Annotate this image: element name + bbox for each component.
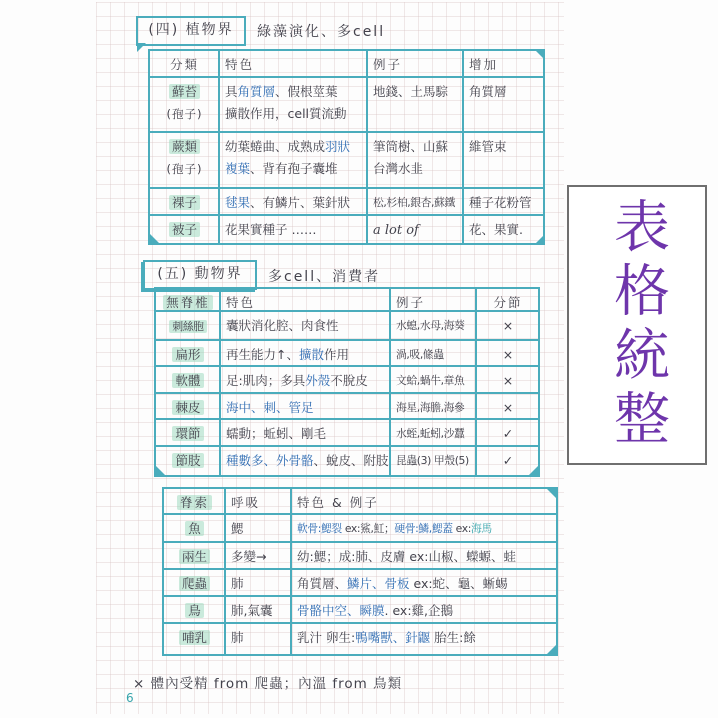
text-segment: ex:蛇、龜、蜥蜴 bbox=[410, 576, 508, 591]
plant-r2-examples: 松,杉柏,銀杏,蘇鐵 bbox=[368, 189, 464, 216]
animal-section-title: (五) 動物界 bbox=[143, 260, 257, 290]
text-segment: . ex:雞,企鵝 bbox=[385, 603, 454, 618]
plant-r0-feature: 具角質層、假根莖葉擴散作用，cell質流動 bbox=[220, 78, 368, 133]
invert-header-group-text: 無脊椎 bbox=[163, 295, 213, 310]
chordate-r4-label-text: 哺乳 bbox=[179, 630, 210, 645]
text-segment: 、背有孢子囊堆 bbox=[250, 161, 338, 176]
invert-r4-examples: 水蛭,蚯蚓,沙蠶 bbox=[391, 420, 477, 447]
text-segment: 筆筒樹、山蘇 bbox=[373, 139, 448, 154]
chordate-r4-detail: 乳汁 卵生:鴨嘴獸、針鼴 胎生:餘 bbox=[292, 624, 556, 654]
chordate-r0-label-text: 魚 bbox=[185, 521, 204, 536]
invert-r4-segmented: ✓ bbox=[477, 420, 538, 447]
invert-r1-label-text: 扁形 bbox=[172, 347, 203, 362]
chordate-r2-detail: 角質層、鱗片、骨板 ex:蛇、龜、蜥蜴 bbox=[292, 570, 556, 597]
text-segment: 外殼 bbox=[305, 373, 330, 388]
invert-r2-feature: 足:肌肉；多具外殼不脫皮 bbox=[221, 367, 391, 394]
invert-r0-label-text: 刺絲胞 bbox=[169, 320, 206, 333]
invert-r5-examples: 昆蟲(3) 甲殼(5) bbox=[391, 447, 477, 475]
plant-header-feature: 特色 bbox=[220, 51, 368, 78]
plant-r0-sublabel: (孢子) bbox=[167, 107, 203, 121]
text-segment: 軟骨:鰓裂 bbox=[297, 522, 342, 535]
plant-header-examples: 例子 bbox=[368, 51, 464, 78]
plant-r0-examples: 地錢、土馬騌 bbox=[368, 78, 464, 133]
text-segment: 羽狀 bbox=[325, 139, 350, 154]
invert-r4-label: 環節 bbox=[156, 420, 221, 447]
text-segment: 不脫皮 bbox=[330, 373, 368, 388]
text-segment: 囊狀消化腔、肉食性 bbox=[226, 318, 339, 333]
chordate-r1-detail: 幼:鰓；成:肺、皮膚 ex:山椒、蠑螈、蛙 bbox=[292, 543, 556, 570]
plant-r3-label-text: 被子 bbox=[169, 222, 200, 237]
chordate-r3-label: 鳥 bbox=[164, 597, 226, 624]
text-segment: 蠕動；蚯蚓、剛毛 bbox=[226, 426, 326, 441]
chordate-table: 脊索 呼吸 特色 & 例子 魚 鰓 軟骨:鰓裂 ex:鯊,魟；硬骨:鱗,鰓蓋 e… bbox=[162, 487, 558, 656]
text-segment: 地錢、土馬騌 bbox=[373, 84, 448, 99]
text-segment: 種數多、外骨骼 bbox=[226, 453, 314, 468]
text-segment: 複葉 bbox=[225, 161, 250, 176]
text-segment: ex: bbox=[453, 522, 471, 535]
chordate-r1-label: 兩生 bbox=[164, 543, 226, 570]
plant-r0-label: 蘚苔(孢子) bbox=[150, 78, 220, 133]
text-segment: a lot of bbox=[373, 223, 419, 238]
invert-r3-label-text: 棘皮 bbox=[172, 400, 203, 415]
text-segment: 維管束 bbox=[469, 139, 507, 154]
chordate-r3-detail: 骨骼中空、瞬膜. ex:雞,企鵝 bbox=[292, 597, 556, 624]
corner-mark-icon bbox=[156, 466, 165, 475]
invert-r3-examples: 海星,海膽,海參 bbox=[391, 394, 477, 420]
text-segment: 松,杉柏,銀杏,蘇鐵 bbox=[373, 196, 455, 209]
invert-r1-examples: 渦,吸,絛蟲 bbox=[391, 341, 477, 367]
invert-header-examples: 例子 bbox=[391, 289, 477, 312]
text-segment: 鱗片、骨板 bbox=[347, 576, 410, 591]
text-segment: 角質層 bbox=[469, 84, 507, 99]
corner-mark-icon bbox=[547, 489, 556, 498]
invert-r2-label-text: 軟體 bbox=[172, 373, 203, 388]
invert-r1-feature: 再生能力↑、擴散作用 bbox=[221, 341, 391, 367]
chordate-r3-label-text: 鳥 bbox=[185, 603, 204, 618]
text-segment: 花、果實. bbox=[469, 222, 523, 237]
plant-r2-label-text: 裸子 bbox=[169, 195, 200, 210]
text-segment: 台灣水韭 bbox=[373, 161, 423, 176]
text-segment: 海馬 bbox=[471, 522, 492, 535]
chordate-r2-label: 爬蟲 bbox=[164, 570, 226, 597]
plant-r1-added: 維管束 bbox=[464, 133, 543, 189]
invert-r0-examples: 水螅,水母,海葵 bbox=[391, 312, 477, 341]
text-segment: 花果實種子 …… bbox=[225, 222, 316, 237]
plant-r3-added: 花、果實. bbox=[464, 216, 543, 243]
invert-r2-segmented: × bbox=[477, 367, 538, 394]
text-segment: 足:肌肉；多具 bbox=[226, 373, 305, 388]
chordate-r3-breath: 肺,氣囊 bbox=[226, 597, 292, 624]
chordate-header-detail: 特色 & 例子 bbox=[292, 489, 556, 515]
text-segment: 幼葉蜷曲、成熟成 bbox=[225, 139, 325, 154]
invert-r3-label: 棘皮 bbox=[156, 394, 221, 420]
text-segment: 角質層 bbox=[238, 84, 276, 99]
plant-section-title: (四) 植物界 bbox=[136, 16, 246, 46]
plant-header-added: 增加 bbox=[464, 51, 543, 78]
text-segment: ex:鯊,魟； bbox=[342, 522, 395, 535]
text-segment: 水蛭,蚯蚓,沙蠶 bbox=[396, 427, 464, 440]
text-segment: 硬骨:鱗,鰓蓋 bbox=[394, 522, 452, 535]
chordate-r0-detail: 軟骨:鰓裂 ex:鯊,魟；硬骨:鱗,鰓蓋 ex:海馬 bbox=[292, 515, 556, 543]
text-segment: 乳汁 卵生: bbox=[297, 630, 355, 645]
chordate-r0-label: 魚 bbox=[164, 515, 226, 543]
chordate-r4-label: 哺乳 bbox=[164, 624, 226, 654]
text-segment: 毬果 bbox=[225, 195, 250, 210]
text-segment: 擴散作用，cell質流動 bbox=[225, 106, 347, 121]
chordate-r1-label-text: 兩生 bbox=[179, 549, 210, 564]
chordate-r2-label-text: 爬蟲 bbox=[179, 576, 210, 591]
text-segment: 、蛻皮、附肢 bbox=[314, 453, 389, 468]
text-segment: 鴨嘴獸、針鼴 bbox=[355, 630, 430, 645]
footnote: × 體內受精 from 爬蟲；內溫 from 鳥類 bbox=[133, 672, 402, 692]
text-segment: 再生能力↑、 bbox=[226, 347, 299, 362]
corner-mark-icon bbox=[536, 234, 545, 243]
text-segment: 具 bbox=[225, 84, 238, 99]
chordate-r1-breath: 多變→ bbox=[226, 543, 292, 570]
plant-r2-added: 種子花粉管 bbox=[464, 189, 543, 216]
animal-section-subtitle: 多cell、消費者 bbox=[268, 266, 380, 286]
invert-r1-label: 扁形 bbox=[156, 341, 221, 367]
invert-r0-feature: 囊狀消化腔、肉食性 bbox=[221, 312, 391, 341]
invert-r1-segmented: × bbox=[477, 341, 538, 367]
plant-table: 分類 特色 例子 增加 蘚苔(孢子) 具角質層、假根莖葉擴散作用，cell質流動… bbox=[148, 49, 545, 245]
plant-r3-label: 被子 bbox=[150, 216, 220, 243]
text-segment: 胎生:餘 bbox=[430, 630, 476, 645]
corner-mark-icon bbox=[137, 43, 146, 52]
plant-r1-label-text: 蕨類 bbox=[169, 139, 200, 154]
invertebrate-table: 無脊椎 特色 例子 分節 刺絲胞 囊狀消化腔、肉食性 水螅,水母,海葵 × 扁形… bbox=[154, 287, 540, 477]
invert-r4-feature: 蠕動；蚯蚓、剛毛 bbox=[221, 420, 391, 447]
text-segment: 、有鱗片、葉針狀 bbox=[250, 195, 350, 210]
plant-r0-label-text: 蘚苔 bbox=[169, 84, 200, 99]
invert-r5-feature: 種數多、外骨骼、蛻皮、附肢 bbox=[221, 447, 391, 475]
text-segment: 海星,海膽,海參 bbox=[396, 401, 464, 414]
text-segment: 海中、刺、管足 bbox=[226, 400, 314, 415]
invert-r5-label-text: 節肢 bbox=[172, 453, 203, 468]
plant-r1-sublabel: (孢子) bbox=[167, 162, 203, 176]
plant-r3-feature: 花果實種子 …… bbox=[220, 216, 368, 243]
plant-r3-examples: a lot of bbox=[368, 216, 464, 243]
chordate-r2-breath: 肺 bbox=[226, 570, 292, 597]
text-segment: 文蛤,蝸牛,章魚 bbox=[396, 374, 464, 387]
chordate-header-breath: 呼吸 bbox=[226, 489, 292, 515]
plant-r2-feature: 毬果、有鱗片、葉針狀 bbox=[220, 189, 368, 216]
invert-r3-feature: 海中、刺、管足 bbox=[221, 394, 391, 420]
text-segment: 作用 bbox=[324, 347, 349, 362]
plant-r1-examples: 筆筒樹、山蘇台灣水韭 bbox=[368, 133, 464, 189]
text-segment: 角質層、 bbox=[297, 576, 347, 591]
corner-mark-icon bbox=[536, 51, 545, 60]
invert-r4-label-text: 環節 bbox=[172, 426, 203, 441]
text-segment: 、假根莖葉 bbox=[275, 84, 338, 99]
text-segment: 擴散 bbox=[299, 347, 324, 362]
text-segment: 骨骼中空、瞬膜 bbox=[297, 603, 385, 618]
text-segment: 幼:鰓；成:肺、皮膚 ex:山椒、蠑螈、蛙 bbox=[297, 549, 516, 564]
animal-section-title-text: (五) 動物界 bbox=[157, 266, 242, 282]
text-segment: 渦,吸,絛蟲 bbox=[396, 348, 444, 361]
summary-annotation-box: 表格統整 bbox=[567, 185, 707, 465]
invert-r0-label: 刺絲胞 bbox=[156, 312, 221, 341]
page-number: 6 bbox=[126, 691, 134, 705]
invert-header-feature: 特色 bbox=[221, 289, 391, 312]
invert-r0-segmented: × bbox=[477, 312, 538, 341]
chordate-header-group: 脊索 bbox=[164, 489, 226, 515]
corner-mark-icon bbox=[150, 234, 159, 243]
invert-header-group: 無脊椎 bbox=[156, 289, 221, 312]
corner-mark-icon bbox=[547, 645, 556, 654]
plant-r2-label: 裸子 bbox=[150, 189, 220, 216]
invert-r3-segmented: × bbox=[477, 394, 538, 420]
corner-mark-icon bbox=[529, 466, 538, 475]
chordate-header-group-text: 脊索 bbox=[177, 495, 212, 510]
notebook-page: (四) 植物界 綠藻演化、多cell 分類 特色 例子 增加 蘚苔(孢子) 具角… bbox=[0, 0, 718, 718]
text-segment: 昆蟲(3) 甲殼(5) bbox=[396, 454, 469, 467]
text-segment: 水螅,水母,海葵 bbox=[396, 319, 464, 332]
plant-r1-label: 蕨類(孢子) bbox=[150, 133, 220, 189]
invert-r5-label: 節肢 bbox=[156, 447, 221, 475]
plant-r0-added: 角質層 bbox=[464, 78, 543, 133]
invert-r2-examples: 文蛤,蝸牛,章魚 bbox=[391, 367, 477, 394]
plant-section-subtitle: 綠藻演化、多cell bbox=[257, 21, 385, 41]
plant-r1-feature: 幼葉蜷曲、成熟成羽狀複葉、背有孢子囊堆 bbox=[220, 133, 368, 189]
plant-section-title-text: (四) 植物界 bbox=[148, 22, 233, 38]
summary-annotation-text: 表格統整 bbox=[609, 197, 665, 453]
plant-header-class: 分類 bbox=[150, 51, 220, 78]
invert-r2-label: 軟體 bbox=[156, 367, 221, 394]
chordate-r4-breath: 肺 bbox=[226, 624, 292, 654]
invert-header-segmented: 分節 bbox=[477, 289, 538, 312]
chordate-r0-breath: 鰓 bbox=[226, 515, 292, 543]
text-segment: 種子花粉管 bbox=[469, 195, 532, 210]
